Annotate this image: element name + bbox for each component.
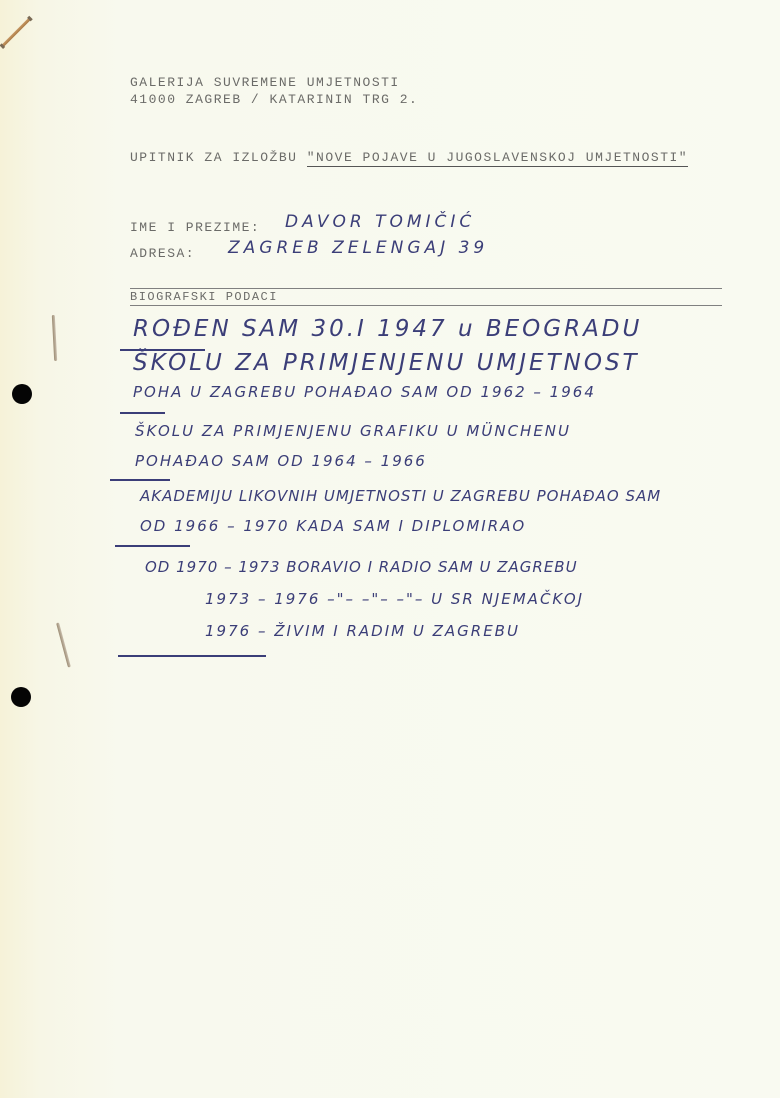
bio-line: POHA U ZAGREBU POHAĐAO SAM OD 1962 – 196…	[133, 383, 596, 401]
staple-mark	[52, 315, 57, 361]
punch-hole	[11, 687, 31, 707]
address-label: ADRESA:	[130, 246, 195, 261]
divider	[130, 305, 722, 306]
bio-line: OD 1970 – 1973 BORAVIO I RADIO SAM U ZAG…	[145, 558, 578, 576]
bio-line: ŠKOLU ZA PRIMJENJENU UMJETNOST	[133, 350, 640, 376]
name-value: DAVOR TOMIČIĆ	[285, 212, 475, 232]
handwritten-rule	[115, 545, 190, 547]
divider	[130, 288, 722, 289]
biography-label: BIOGRAFSKI PODACI	[130, 290, 278, 304]
questionnaire-prefix: UPITNIK ZA IZLOŽBU	[130, 150, 297, 165]
staple-mark	[56, 622, 71, 667]
punch-hole	[12, 384, 32, 404]
bio-line: OD 1966 – 1970 KADA SAM I DIPLOMIRAO	[140, 517, 526, 535]
staple	[1, 17, 31, 47]
bio-line: ŠKOLU ZA PRIMJENJENU GRAFIKU U MÜNCHENU	[135, 422, 571, 440]
exhibition-title: "NOVE POJAVE U JUGOSLAVENSKOJ UMJETNOSTI…	[307, 150, 688, 167]
name-label: IME I PREZIME:	[130, 220, 260, 235]
bio-line: POHAĐAO SAM OD 1964 – 1966	[135, 452, 427, 470]
handwritten-rule	[118, 655, 266, 657]
bio-line: 1973 – 1976 –"– –"– –"– U SR NJEMAČKOJ	[205, 590, 584, 608]
bio-line: 1976 – ŽIVIM I RADIM U ZAGREBU	[205, 622, 520, 640]
institution-name: GALERIJA SUVREMENE UMJETNOSTI	[130, 75, 400, 90]
questionnaire-title: UPITNIK ZA IZLOŽBU "NOVE POJAVE U JUGOSL…	[130, 150, 688, 165]
handwritten-rule	[120, 412, 165, 414]
institution-address: 41000 ZAGREB / KATARININ TRG 2.	[130, 92, 418, 107]
address-value: ZAGREB ZELENGAJ 39	[228, 238, 488, 258]
document-page: GALERIJA SUVREMENE UMJETNOSTI 41000 ZAGR…	[0, 0, 780, 1098]
bio-line: AKADEMIJU LIKOVNIH UMJETNOSTI U ZAGREBU …	[140, 487, 661, 505]
handwritten-rule	[110, 479, 170, 481]
bio-line: ROĐEN SAM 30.I 1947 u BEOGRADU	[133, 316, 642, 342]
